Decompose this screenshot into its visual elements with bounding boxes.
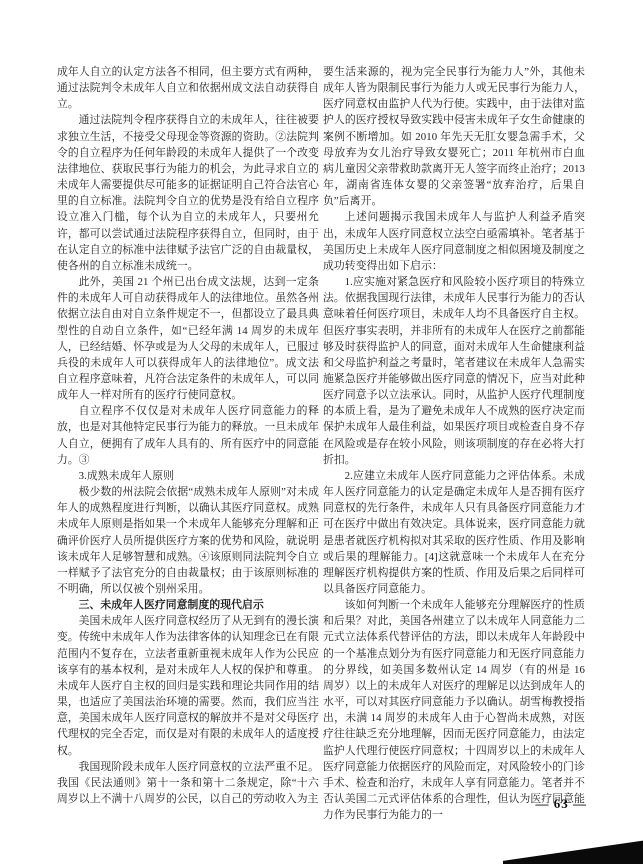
- subsection-heading: 3.成熟未成年人原则: [57, 468, 319, 484]
- paragraph: 通过法院判令程序获得自立的未成年人，往往被要求独立生活，不接受父母现金等资源的资…: [57, 112, 319, 274]
- section-heading: 三、未成年人医疗同意制度的现代启示: [57, 597, 319, 613]
- paragraph: 上述问题揭示我国未成年人与监护人利益矛盾突出，未成年人医疗同意权立法空白亟需填补…: [323, 209, 585, 274]
- paragraph: 要生活来源的，视为完全民事行为能力人”外，其他未成年人皆为限制民事行为能力人或无…: [323, 64, 585, 209]
- document-page: 成年人自立的认定方法各不相同，但主要方式有两种，通过法院判令未成年人自立和依据州…: [0, 0, 643, 864]
- paragraph: 我国现阶段未成年人医疗同意权的立法严重不足。我国《民法通则》第十一条和第十二条规…: [57, 759, 319, 807]
- right-column: 要生活来源的，视为完全民事行为能力人”外，其他未成年人皆为限制民事行为能力人或无…: [323, 64, 585, 823]
- left-column: 成年人自立的认定方法各不相同，但主要方式有两种，通过法院判令未成年人自立和依据州…: [57, 64, 319, 807]
- paragraph: 极少数的州法院会依据“成熟未成年人原则”对未成年人的成熟程度进行判断，以确认其医…: [57, 484, 319, 597]
- paragraph: 此外，美国 21 个州已出台成文法规，达到一定条件的未成年人可自动获得成年人的法…: [57, 274, 319, 403]
- scan-edge-artifact: [503, 838, 643, 864]
- paragraph: 该如何判断一个未成年人能够充分理解医疗的性质和后果？对此，美国各州建立了以未成年…: [323, 597, 585, 823]
- paragraph: 成年人自立的认定方法各不相同，但主要方式有两种，通过法院判令未成年人自立和依据州…: [57, 64, 319, 112]
- paragraph: 美国未成年人医疗同意权经历了从无到有的漫长演变。传统中未成年人作为法律客体的认知…: [57, 613, 319, 758]
- paragraph: 2.应建立未成年人医疗同意能力之评估体系。未成年人医疗同意能力的认定是确定未成年…: [323, 468, 585, 597]
- page-number: — 63 —: [536, 796, 588, 812]
- paragraph: 自立程序不仅仅是对未成年人医疗同意能力的释放，也是对其他特定民事行为能力的释放。…: [57, 403, 319, 468]
- paragraph: 1.应实施对紧急医疗和风险较小医疗项目的特殊立法。依据我国现行法律，未成年人民事…: [323, 274, 585, 468]
